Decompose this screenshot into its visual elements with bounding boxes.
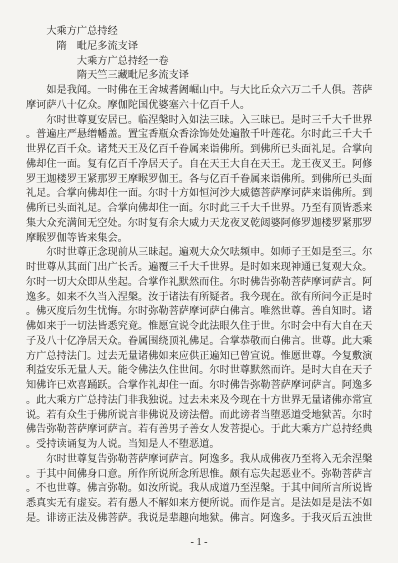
text-line: 。受持读诵复为人说。当知是人不堕恶道。 [26, 438, 398, 453]
text-line: 大乘方广总持经 [26, 25, 398, 40]
text-line: 摩睺罗伽等皆来集会。 [26, 232, 398, 247]
text-line: 如是我闻。一时佛在王舍城耆阇崛山中。与大比丘众六万二千人俱。菩萨 [26, 84, 398, 99]
text-line: 。此大乘方广总持法门非我独说。过去未来及今现在十方世界无量诸佛亦常宣 [26, 394, 398, 409]
text-line: 礼足。合掌向佛却住一面。尔时十方如恒河沙大威德菩萨摩诃萨来诣佛所。到 [26, 187, 398, 202]
text-line: 方广总持法门。过去无量诸佛如来应供正遍知已曾宣说。惟愿世尊。今复敷演 [26, 350, 398, 365]
sutra-text-block: 大乘方广总持经 隋 毗尼多流支译 大乘方广总持经一卷 隋天竺三藏毗尼多流支译 如… [26, 25, 398, 527]
text-line: 知佛许已欢喜踊跃。合掌作礼却住一面。尔时佛告弥勒菩萨摩诃萨言。阿逸多 [26, 379, 398, 394]
text-line: 佛却住一面。复有亿百千净居天子。自在天王大自在天王。龙王夜叉王。阿修 [26, 158, 398, 173]
text-line: 罗王迦楼罗王紧那罗王摩睺罗伽王。各与亿百千眷属来诣佛所。到佛所已头面 [26, 173, 398, 188]
text-line: 尔时世尊正念现前从三昧起。遍观大众欠呿频申。如师子王如是至三。尔 [26, 246, 398, 261]
text-line: 说。若有众生于佛所说言非佛说及谤法僧。而此谤者当堕恶道受地狱苦。尔时 [26, 409, 398, 424]
text-line: 子及八十亿净居天众。眷属围绕顶礼佛足。合掌恭敬而白佛言。世尊。此大乘 [26, 335, 398, 350]
text-line: 尔时世尊复告弥勒菩萨摩诃萨言。阿逸多。我从成佛夜乃至将入无余涅槃 [26, 453, 398, 468]
text-line: 逸多。如来不久当入涅槃。汝于诸法有所疑者。我今现在。欲有所问今正是时 [26, 291, 398, 306]
document-page: 大乘方广总持经 隋 毗尼多流支译 大乘方广总持经一卷 隋天竺三藏毗尼多流支译 如… [0, 0, 398, 563]
text-line: 集大众充满间无空处。尔时复有余大威力天龙夜叉乾闼婆阿修罗迦楼罗紧那罗 [26, 217, 398, 232]
text-line: 隋 毗尼多流支译 [26, 40, 398, 55]
text-line: 是。诽谤正法及佛菩萨。我说是辈趣向地狱。佛言。阿逸多。于我灭后五浊世 [26, 512, 398, 527]
text-line: 隋天竺三藏毗尼多流支译 [26, 69, 398, 84]
text-line: 世界亿百千众。诸梵天王及亿百千眷属来诣佛所。到佛所已头面礼足。合掌向 [26, 143, 398, 158]
text-line: 时世尊从其面门出广长舌。遍覆三千大千世界。是时如来现神通已复观大众。 [26, 261, 398, 276]
text-line: 佛如来于一切法皆悉究竟。惟愿宣说令此法眼久住于世。尔时会中有大自在天 [26, 320, 398, 335]
text-line: 利益安乐无量人天。能令佛法久住世间。尔时世尊默然而许。是时大自在天子 [26, 364, 398, 379]
text-line: 尔时一切大众即从坐起。合掌作礼默然而住。尔时佛告弥勒菩萨摩诃萨言。阿 [26, 276, 398, 291]
text-line: 佛告弥勒菩萨摩诃萨言。若有善男子善女人发菩提心。于此大乘方广总持经典 [26, 423, 398, 438]
text-line: 尔时世尊夏安居已。临涅槃时入如法三昧。入三昧已。是时三千大千世界 [26, 114, 398, 129]
text-line: 。不也世尊。佛言弥勒。如汝所说。我从成道乃至涅槃。于其中间所言所说皆 [26, 482, 398, 497]
text-line: 摩诃萨八十亿众。摩伽陀国优婆塞六十亿百千人。 [26, 99, 398, 114]
page-number: - 1 - [0, 536, 398, 550]
text-line: 悉真实无有虚妄。若有愚人不解如来方便所说。而作是言。是法如是是法不如 [26, 497, 398, 512]
text-line: 。普遍庄严悬缯幡盖。置宝香瓶众香涂饰处处遍散千叶莲花。尔时此三千大千 [26, 128, 398, 143]
text-line: 佛所已头面礼足。合掌向佛却住一面。尔时此三千大千世界。乃至有顶皆悉来 [26, 202, 398, 217]
text-line: 大乘方广总持经一卷 [26, 55, 398, 70]
text-line: 。于其中间佛身口意。所作所说所念所思惟。颇有忘失起恶业不。弥勒菩萨言 [26, 468, 398, 483]
text-line: 。佛灭度后勿生忧悔。尔时弥勒菩萨摩诃萨白佛言。唯然世尊。善自知时。诸 [26, 305, 398, 320]
